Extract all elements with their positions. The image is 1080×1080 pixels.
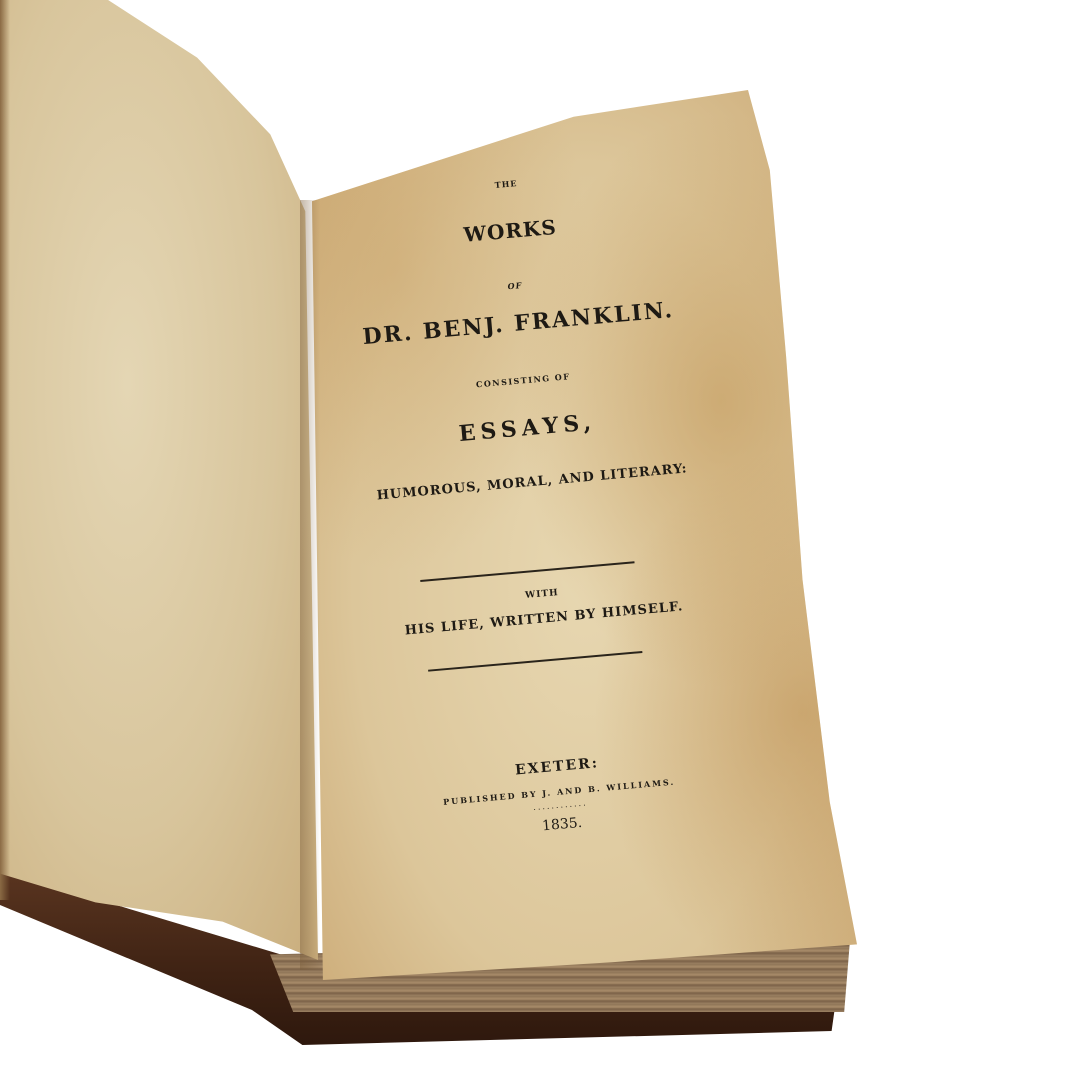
consisting-of: CONSISTING OF (324, 358, 723, 403)
book-photo: THE WORKS OF DR. BENJ. FRANKLIN. CONSIST… (0, 0, 1080, 1080)
essays-heading: ESSAYS, (327, 398, 728, 459)
left-blank-page (0, 0, 318, 960)
subtitle: HUMOROUS, MORAL, AND LITERARY: (332, 458, 732, 508)
divider-rule-bottom (428, 651, 642, 672)
left-page-shadow (0, 0, 10, 900)
title-page-text: THE WORKS OF DR. BENJ. FRANKLIN. CONSIST… (306, 154, 767, 906)
title-works: WORKS (310, 201, 711, 260)
divider-rule-top (420, 561, 634, 582)
